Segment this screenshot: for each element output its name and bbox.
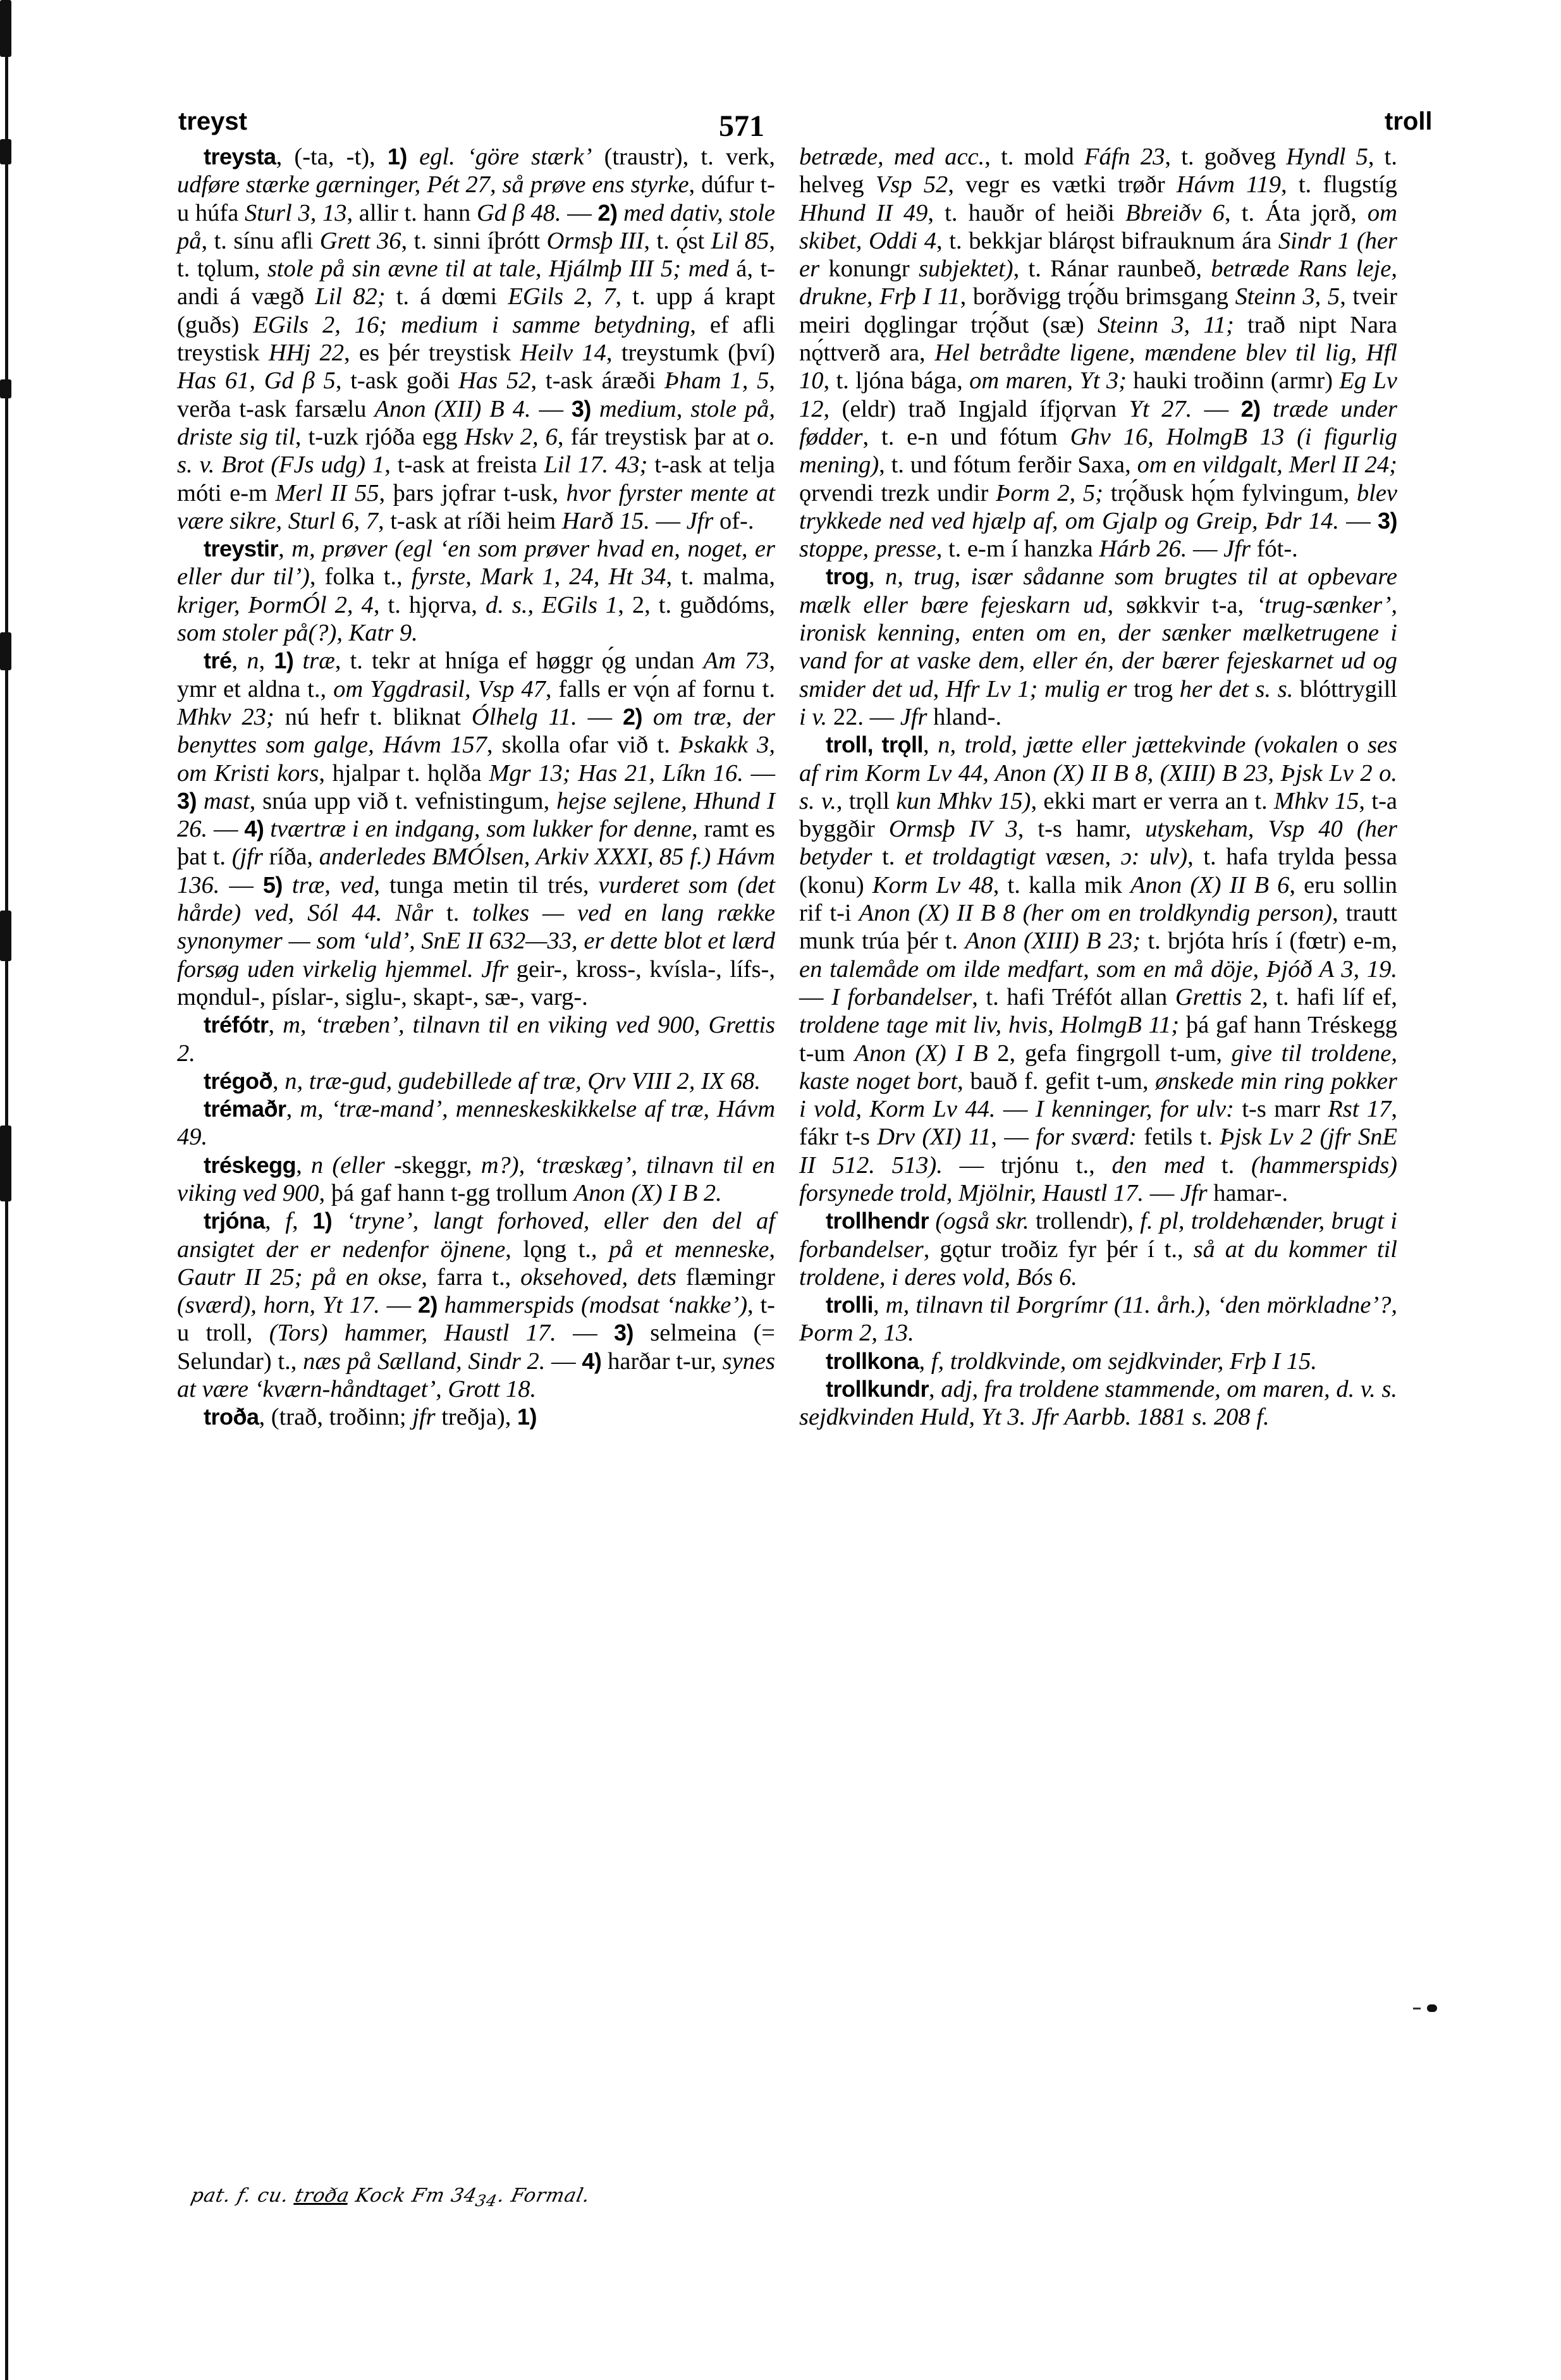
italic-gloss: Jfr (687, 508, 714, 534)
sense-number: 2) (597, 200, 617, 226)
scan-blot (0, 379, 11, 398)
handnote-reference: Kock Fm 34 (347, 2185, 479, 2207)
entry-text: , t. kalla mik (993, 872, 1130, 899)
italic-gloss: Ormsþ IV 3 (889, 816, 1018, 842)
entry-text: , (265, 1208, 285, 1234)
entry-text: hland-. (927, 704, 1001, 730)
italic-gloss: om Yggdrasil, Vsp 47 (333, 676, 546, 702)
italic-gloss: (jfr (232, 843, 263, 870)
entry-text: , tunga metin til trés, (374, 872, 598, 899)
entry-text: — (545, 1348, 582, 1375)
entry-text: , t. e-m í hanzka (936, 536, 1099, 562)
entry-text: ǫrvendi trezk undir (799, 480, 996, 506)
entry-text (407, 144, 419, 170)
left-column: treysta, (-ta, -t), 1) egl. ‘göre stærk’… (177, 143, 775, 1432)
entry-text: , t. goðveg (1165, 144, 1286, 170)
entry-text: of-. (713, 508, 754, 534)
italic-gloss: den med (1112, 1152, 1205, 1179)
sense-number: 3) (572, 396, 591, 422)
italic-gloss: (sværd), horn, Yt 17. (177, 1292, 380, 1318)
italic-gloss: om en vildgalt, Merl II 24; (1137, 451, 1397, 478)
entry-text: flæmingr (676, 1264, 775, 1291)
italic-gloss: Steinn 3, 11; (1098, 312, 1234, 338)
entry-text: , hjalpar t. hǫlða (319, 760, 489, 787)
italic-gloss: Fáfn 23 (1084, 144, 1165, 170)
margin-mark-dash (1413, 2008, 1421, 2009)
entry-text: treðja), (436, 1404, 517, 1430)
italic-gloss: hammerspids (modsat ‘nakke’) (444, 1292, 747, 1318)
italic-gloss: mast (204, 788, 250, 814)
entry-text: t. á dœmi (386, 283, 508, 310)
entry-text: konungr (819, 255, 919, 282)
entry-text: , gǫtur troðiz fyr þér í t., (924, 1236, 1194, 1263)
entry-text: trǫ́ðusk hǫ́m fylvingum, (1103, 480, 1357, 506)
italic-gloss: Mgr 13; Has 21, Líkn 16. (489, 760, 744, 787)
italic-gloss: EGils 2, 16; medium i samme betydning (253, 312, 690, 338)
italic-gloss: Drv (XI) 11 (877, 1124, 991, 1150)
italic-gloss: I kenninger, for ulv: (1036, 1096, 1234, 1122)
entry-text: , t-uzk rjóða egg (295, 424, 465, 450)
italic-gloss: Grett 36 (320, 228, 401, 254)
entry-text: nú hefr t. bliknat (274, 704, 472, 730)
italic-gloss: Has 61, Gd β 5 (177, 367, 336, 394)
dictionary-entry: betræde, med acc., t. mold Fáfn 23, t. g… (799, 143, 1397, 563)
margin-mark-dot (1427, 2004, 1437, 2012)
italic-gloss: stoppe, presse (799, 536, 936, 562)
italic-gloss: n, trold, jætte eller jættekvinde (vokal… (938, 732, 1338, 758)
italic-gloss: Lil 17. 43; (544, 451, 647, 478)
italic-gloss: Jfr (900, 704, 927, 730)
entry-text: , (trað, troðinn; (259, 1404, 413, 1430)
entry-text: hamar-. (1208, 1180, 1289, 1206)
italic-gloss: Grettis (1175, 984, 1242, 1010)
italic-gloss: jfr (412, 1404, 435, 1430)
italic-gloss: f, troldkvinde, om sejdkvinder, Frþ I 15… (931, 1348, 1317, 1375)
entry-text: 2, gefa fingrgoll t-um, (988, 1040, 1232, 1067)
entry-text: , t. flugstíg (1281, 171, 1397, 198)
italic-gloss: udføre stærke gærninger, Pét 27, så prøv… (177, 171, 689, 198)
entry-text: , t-ask at freista (384, 451, 544, 478)
entry-text: — (531, 396, 572, 422)
italic-gloss: Ólhelg 11. (472, 704, 577, 730)
italic-gloss: Anon (XIII) B 23; (965, 928, 1141, 954)
dictionary-entry: trégoð, n, træ-gud, gudebillede af træ, … (177, 1067, 775, 1095)
entry-text: , fár treystisk þar at (558, 424, 757, 450)
handnote-underlined-word: troða (293, 2185, 352, 2207)
entry-text: , t. tekr at hníga ef høggr ǫ́g undan (335, 647, 704, 674)
entry-text: , es þér treystisk (344, 340, 520, 366)
italic-gloss: som stoler på(?), Katr 9. (177, 620, 418, 646)
dictionary-entry: treysta, (-ta, -t), 1) egl. ‘göre stærk’… (177, 143, 775, 535)
entry-text: , t. hauðr of heiði (927, 200, 1125, 226)
italic-gloss: Sturl 3, 13 (245, 200, 347, 226)
entry-text: , 2, t. guðdóms, (618, 592, 775, 618)
entry-text: t. (1204, 1152, 1251, 1179)
entry-headword: troða (204, 1404, 259, 1430)
entry-text: , þá gaf hann t-gg trollum (319, 1180, 574, 1206)
dictionary-entry: treystir, m, prøver (egl ‘en som prøver … (177, 535, 775, 647)
entry-text (438, 1292, 444, 1318)
italic-gloss: Ormsþ III (547, 228, 644, 254)
running-head-left: treyst (178, 107, 247, 136)
italic-gloss: næs på Sælland, Sindr 2. (303, 1348, 545, 1375)
entry-headword: tréfótr (204, 1012, 269, 1038)
entry-headword: treysta (204, 144, 276, 169)
entry-text: , t. Áta jǫrð, (1225, 200, 1368, 226)
entry-text: , t. sínu afli (202, 228, 320, 254)
italic-gloss: betræde, med acc. (799, 144, 984, 170)
italic-gloss: Anon (X) II B 6 (1130, 872, 1289, 899)
sense-number: 3) (177, 788, 197, 814)
italic-gloss: i v. (799, 704, 827, 730)
italic-gloss: HHj 22 (269, 340, 344, 366)
italic-gloss: træ (302, 647, 334, 674)
entry-text: t. (433, 900, 472, 926)
entry-headword: trégoð (204, 1068, 272, 1094)
sense-number: 2) (1241, 396, 1261, 422)
italic-gloss: Mhkv 15 (1274, 788, 1359, 814)
entry-text: , (269, 1012, 283, 1038)
entry-text: , t-ask at ríði heim (378, 508, 562, 534)
entry-text (929, 1208, 935, 1234)
entry-headword: trolli (826, 1292, 873, 1318)
entry-headword: trjóna (204, 1208, 265, 1234)
entry-text: , t-ask goði (336, 367, 458, 394)
entry-text: , t. hafi Tréfót allan (972, 984, 1175, 1010)
entry-text: , t-s hamr, (1018, 816, 1146, 842)
italic-gloss: troldene tage mit liv, hvis, HolmgB 11; (799, 1012, 1179, 1038)
italic-gloss: Lil 82; (315, 283, 385, 310)
entry-text: , søkkvir t-a, (1108, 592, 1257, 618)
entry-headword: trollkona (826, 1348, 919, 1374)
entry-text: — trjónu t., (943, 1152, 1112, 1179)
italic-gloss: træ, ved (292, 872, 374, 899)
entry-text: , farra t., (421, 1264, 520, 1291)
sense-number: 2) (418, 1292, 438, 1318)
entry-text (264, 816, 270, 842)
entry-text: — (1144, 1180, 1180, 1206)
entry-text: o (1338, 732, 1367, 758)
entry-text: , falls er vǫ́n af fornu t. (546, 676, 775, 702)
italic-gloss: Harð 15. (562, 508, 650, 534)
dictionary-entry: tréfótr, m, ‘træben’, tilnavn til en vik… (177, 1011, 775, 1067)
italic-gloss: Mhkv 23; (177, 704, 274, 730)
entry-text: , vegr es vætki trøðr (948, 171, 1177, 198)
italic-gloss: om maren, Yt 3; (969, 367, 1127, 394)
italic-gloss: Hskv 2, 6 (465, 424, 558, 450)
entry-text: , bauð f. gefit t-um, (957, 1068, 1155, 1095)
italic-gloss: egl. ‘göre stærk’ (419, 144, 592, 170)
dictionary-entry: troll, trǫll, n, trold, jætte eller jætt… (799, 731, 1397, 1207)
entry-text: , (929, 1376, 941, 1402)
entry-text (1261, 396, 1273, 422)
italic-gloss: tværtræ i en indgang, som lukker for den… (270, 816, 692, 842)
italic-gloss: Jfr (1180, 1180, 1208, 1206)
entry-text: hauki troðinn (armr) (1127, 367, 1339, 394)
entry-text: harðar t-ur, (601, 1348, 722, 1375)
sense-number: 1) (517, 1404, 537, 1430)
entry-text (642, 704, 653, 730)
sense-number: 1) (388, 144, 407, 169)
entry-text: , lǫng t., (505, 1236, 609, 1263)
sense-number: 3) (1378, 508, 1397, 534)
entry-text: , folka t., (310, 563, 412, 590)
entry-text: 2, t. hafi líf ef, (1242, 984, 1397, 1010)
entry-text: , t. ljóna bága, (824, 367, 970, 394)
dictionary-entry: trémaðr, m, ‘træ-mand’, menneskeskikkels… (177, 1095, 775, 1151)
entry-text: fót-. (1251, 536, 1298, 562)
entry-text: , (869, 563, 885, 590)
entry-text (197, 788, 204, 814)
entry-text: , (259, 647, 274, 674)
entry-text: blóttrygill (1293, 676, 1397, 702)
entry-text: — (744, 760, 775, 787)
entry-text: — (650, 508, 687, 534)
entry-text: ríða, (263, 843, 319, 870)
entry-text: , (232, 647, 247, 674)
entry-headword: trollhendr (826, 1208, 929, 1234)
italic-gloss: Korm Lv 48 (872, 872, 993, 899)
entry-text: , t. sinni íþrótt (401, 228, 547, 254)
sense-number: 1) (274, 647, 293, 673)
dictionary-entry: tréskegg, n (eller -skeggr, m?), ‘træskæ… (177, 1151, 775, 1208)
entry-text: , t. mold (984, 144, 1084, 170)
entry-text: , (296, 1152, 311, 1179)
entry-text: t-s marr (1234, 1096, 1328, 1122)
italic-gloss: Steinn 3, 5 (1235, 283, 1340, 310)
entry-text: fetils t. (1137, 1124, 1220, 1150)
entry-text: — (207, 816, 244, 842)
italic-gloss: Hávm 119 (1177, 171, 1281, 198)
entry-text: — (561, 200, 598, 226)
italic-gloss: Vsp 52 (876, 171, 948, 198)
entry-text: , (272, 1068, 285, 1095)
italic-gloss: Anon (X) I B (854, 1040, 988, 1067)
entry-text: , allir t. hann (347, 200, 477, 226)
italic-gloss: stole på sin ævne til at tale, Hjálmþ II… (267, 255, 729, 282)
entry-text: , t. bekkjar blárǫst bifrauknum ára (936, 228, 1278, 254)
italic-gloss: Hyndl 5 (1286, 144, 1368, 170)
right-column: betræde, med acc., t. mold Fáfn 23, t. g… (799, 143, 1397, 1432)
entry-text: , (919, 1348, 931, 1375)
italic-gloss: en talemåde om ilde medfart, som en må d… (799, 956, 1397, 983)
italic-gloss: Hárb 26. (1099, 536, 1187, 562)
entry-headword: tréskegg (204, 1152, 296, 1178)
entry-text: t. (872, 843, 905, 870)
entry-text (617, 200, 623, 226)
italic-gloss: Hhund II 49 (799, 200, 927, 226)
entry-text: t. brjóta hrís í (fœtr) e-m, (1141, 928, 1397, 954)
entry-text: , skolla ofar við t. (487, 732, 679, 758)
entry-headword: trog (826, 563, 869, 589)
entry-text (293, 647, 302, 674)
entry-text: — (219, 872, 263, 899)
scan-edge-artifact (0, 0, 11, 2380)
entry-text: , (873, 1292, 886, 1318)
entry-headword: troll, trǫll (826, 732, 923, 758)
dictionary-entry: trollkundr, adj, fra troldene stammende,… (799, 1375, 1397, 1432)
entry-headword: treystir (204, 536, 278, 561)
italic-gloss: kriger, ÞormÓl 2, 4 (177, 592, 374, 618)
italic-gloss: Anon (X) I B 2. (574, 1180, 722, 1206)
entry-text: — (1339, 508, 1378, 534)
italic-gloss: Þham 1, 5 (664, 367, 769, 394)
italic-gloss: (Tors) hammer, Haustl 17. (269, 1320, 556, 1346)
entry-text: , t-ask áræði (530, 367, 664, 394)
dictionary-entry: trjóna, f, 1) ‘tryne’, langt forhoved, e… (177, 1207, 775, 1403)
entry-text: — (1192, 396, 1240, 422)
italic-gloss: n (eller (311, 1152, 385, 1179)
entry-text: — (380, 1292, 418, 1318)
sense-number: 4) (582, 1348, 601, 1374)
entry-text: , snúa upp við t. vefnistingum, (250, 788, 557, 814)
italic-gloss: Bbreiðv 6 (1125, 200, 1225, 226)
entry-headword: trollkundr (826, 1376, 929, 1402)
sense-number: 1) (312, 1208, 332, 1234)
entry-text: , (923, 732, 938, 758)
entry-headword: tré (204, 647, 232, 673)
entry-text: -skeggr, (385, 1152, 481, 1179)
scan-blot (0, 1126, 11, 1201)
italic-gloss: fyrste, Mark 1, 24, Ht 34 (412, 563, 666, 590)
handnote-subscript: 34 (474, 2192, 499, 2210)
entry-text: , ekki mart er verra an t. (1031, 788, 1274, 814)
scan-blot (0, 911, 11, 961)
italic-gloss: Merl II 55 (275, 480, 379, 506)
entry-text: trollendr), (1029, 1208, 1141, 1234)
entry-text: , (eldr) trað Ingjald ífjǫrvan (824, 396, 1129, 422)
sense-number: 2) (623, 704, 642, 730)
entry-text: , (278, 536, 291, 562)
entry-text (591, 396, 599, 422)
dictionary-entry: trog, n, trug, især sådanne som brugtes … (799, 563, 1397, 731)
entry-text: , t. malma, (666, 563, 775, 590)
italic-gloss: Jfr (1223, 536, 1251, 562)
entry-text: — (1187, 536, 1223, 562)
italic-gloss: EGils 2, 7 (508, 283, 615, 310)
italic-gloss: Am 73 (703, 647, 769, 674)
dictionary-entry: tré, n, 1) træ, t. tekr at hníga ef høgg… (177, 647, 775, 1011)
entry-text: — (556, 1320, 614, 1346)
sense-number: 4) (244, 816, 264, 842)
italic-gloss: (også skr. (935, 1208, 1029, 1234)
italic-gloss: I forbandelser (831, 984, 972, 1010)
italic-gloss: for sværd: (1036, 1124, 1137, 1150)
entry-text: , (-ta, -t), (276, 144, 388, 170)
entry-text: — (577, 704, 623, 730)
dictionary-entry: trollkona, f, troldkvinde, om sejdkvinde… (799, 1347, 1397, 1375)
entry-text: — (799, 984, 831, 1010)
entry-text: , trǫll (836, 788, 897, 814)
scan-blot (0, 0, 11, 57)
italic-gloss: Rst 17 (1328, 1096, 1391, 1122)
entry-text: — (996, 1096, 1036, 1122)
handwritten-annotation: pat. f. cu. troða Kock Fm 3434. Formal. (188, 2185, 592, 2210)
dictionary-entry: trollhendr (også skr. trollendr), f. pl,… (799, 1207, 1397, 1291)
entry-text: , þars jǫfrar t-usk, (379, 480, 566, 506)
italic-gloss: oksehoved, dets (520, 1264, 676, 1291)
page-number: 571 (719, 109, 764, 144)
italic-gloss: n, træ-gud, gudebillede af træ, Ǫrv VIII… (285, 1068, 761, 1095)
italic-gloss: Gd β 48. (477, 200, 561, 226)
italic-gloss: Anon (X) II B 8 (her om en troldkyndig p… (859, 900, 1332, 926)
entry-text: , t. ǫ́st (644, 228, 711, 254)
italic-gloss: subjektet) (919, 255, 1013, 282)
scan-blot (0, 632, 11, 670)
italic-gloss: et troldagtigt væsen, ɔ: ulv) (905, 843, 1187, 870)
italic-gloss: Yt 27. (1129, 396, 1192, 422)
italic-gloss: kun Mhkv 15) (896, 788, 1031, 814)
handnote-prefix: pat. f. cu. (189, 2185, 298, 2207)
dictionary-entry: trolli, m, tilnavn til Þorgrímr (11. årh… (799, 1291, 1397, 1347)
entry-text: (traustr), t. verk, (592, 144, 775, 170)
sense-number: 5) (263, 872, 283, 898)
dictionary-entry: troða, (trað, troðinn; jfr treðja), 1) (177, 1403, 775, 1431)
running-head-right: troll (1385, 107, 1433, 136)
entry-text (332, 1208, 346, 1234)
sense-number: 3) (614, 1320, 634, 1346)
entry-text: , t. hjǫrva, (374, 592, 486, 618)
entry-text: , treystumk (því) (606, 340, 775, 366)
italic-gloss: Has 52 (458, 367, 530, 394)
entry-text: trog (1127, 676, 1179, 702)
entry-text: , (286, 1096, 300, 1122)
italic-gloss: Heilv 14 (520, 340, 606, 366)
entry-text: , t. e-n und fótum (863, 424, 1070, 450)
italic-gloss: Lil 85 (711, 228, 769, 254)
entry-text: 22. — (827, 704, 900, 730)
entry-text: , t. und fótum ferðir Saxa, (879, 451, 1137, 478)
italic-gloss: Þorm 2, 5; (996, 480, 1103, 506)
italic-gloss: her det s. s. (1180, 676, 1294, 702)
entry-text: , t. Ránar raunbeð, (1013, 255, 1211, 282)
entry-text: , (292, 1208, 312, 1234)
italic-gloss: d. s., EGils 1 (486, 592, 618, 618)
entry-text: , — (991, 1124, 1036, 1150)
handnote-tail: . Formal. (496, 2185, 592, 2207)
entry-headword: trémaðr (204, 1096, 286, 1122)
italic-gloss: n (247, 647, 259, 674)
italic-gloss: m, tilnavn til Þorgrímr (11. årh.), ‘den… (799, 1292, 1397, 1346)
italic-gloss: f (285, 1208, 292, 1234)
entry-text (283, 872, 292, 899)
italic-gloss: Anon (XII) B 4. (374, 396, 530, 422)
entry-text: , borðvigg trǫ́ðu brimsgang (960, 283, 1235, 310)
